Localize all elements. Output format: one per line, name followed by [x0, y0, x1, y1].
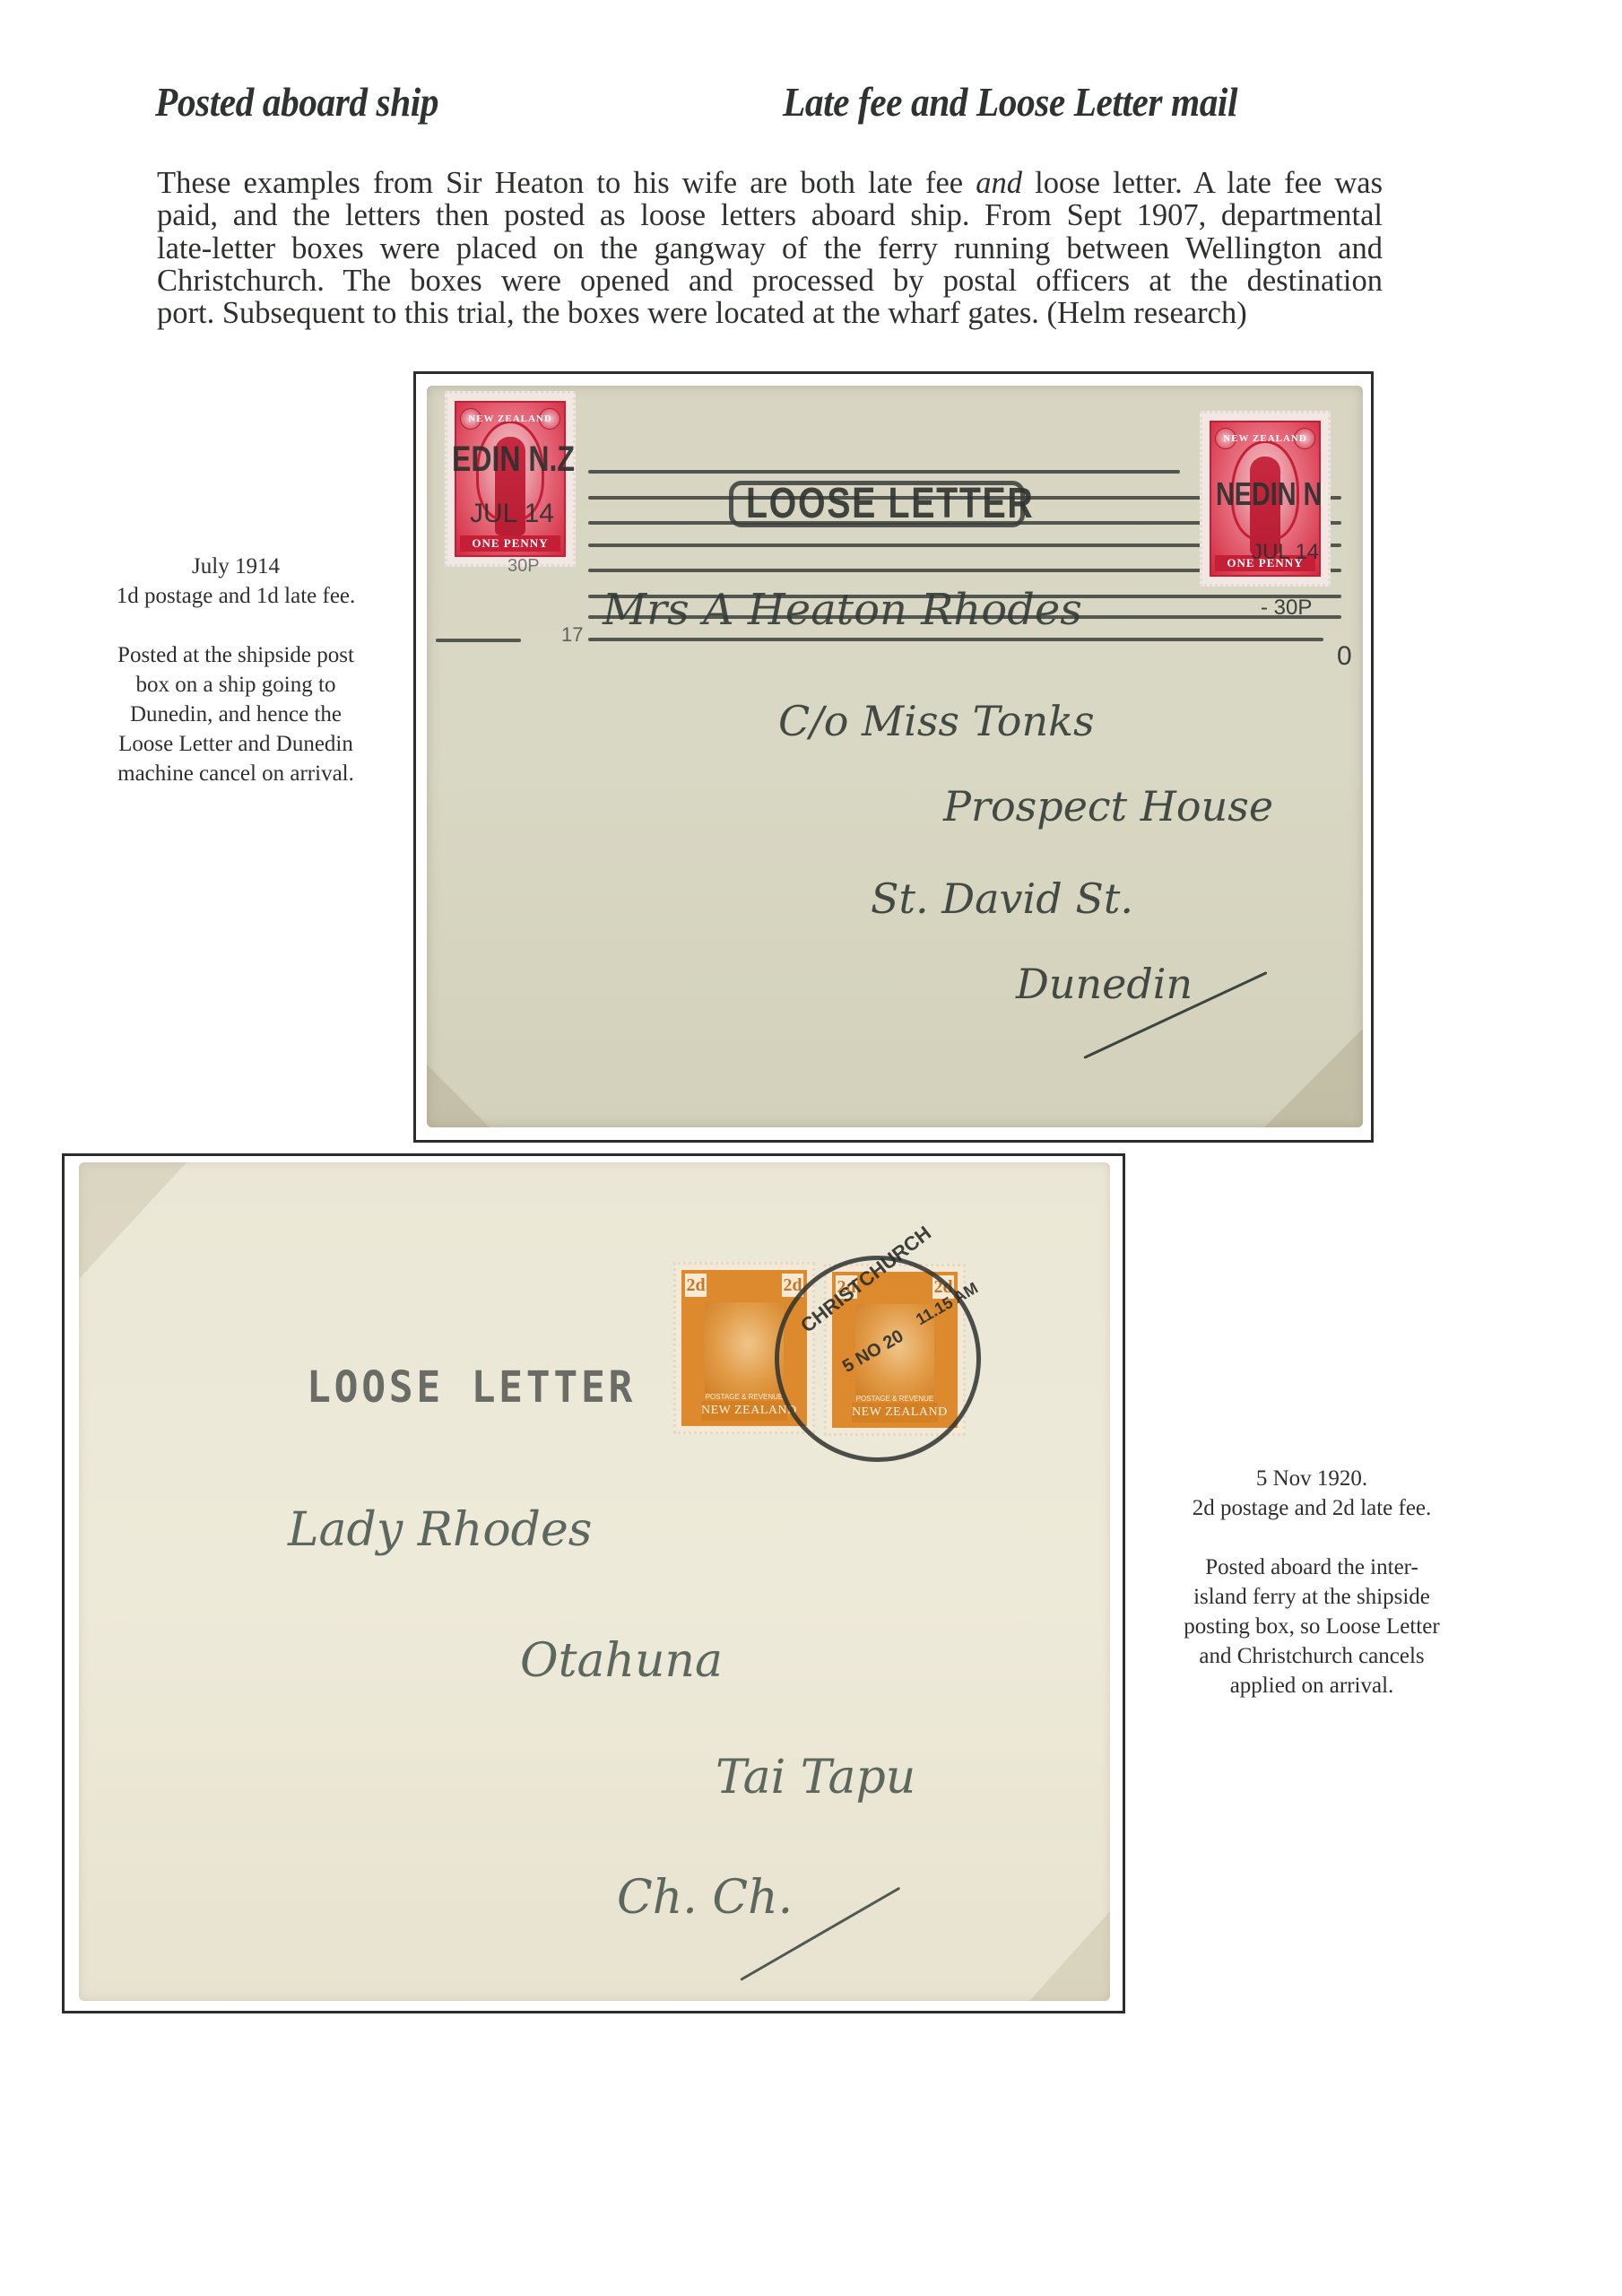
postmark-misc: 17	[561, 623, 583, 647]
cover2-envelope: LOOSE LETTER 2d 2d POSTAGE & REVENUE NEW…	[79, 1162, 1110, 2001]
intro-text: These examples from Sir Heaton to his wi…	[157, 166, 976, 200]
cover1-caption: July 1914 1d postage and 1d late fee. Po…	[83, 552, 388, 788]
postmark-date-left: JUL 14	[470, 499, 554, 529]
loose-letter-handstamp: LOOSE LETTER	[307, 1362, 636, 1413]
intro-emphasis: and	[976, 166, 1022, 200]
address-line: St. David St.	[871, 874, 1133, 923]
stamp-country: NEW ZEALAND	[1211, 433, 1319, 444]
cover2-desc-line: island ferry at the shipside	[1150, 1582, 1473, 1612]
postmark-year-right: 0	[1337, 641, 1352, 672]
stamp-value: ONE PENNY	[460, 535, 560, 552]
intro-line: port. Subsequent to this trial, the boxe…	[157, 297, 1383, 329]
postmark-town-right: NEDIN N	[1216, 475, 1322, 513]
stamp-country: NEW ZEALAND	[456, 413, 564, 424]
cover1-desc-line: Dunedin, and hence the	[83, 700, 388, 729]
address-name: Mrs A Heaton Rhodes	[603, 585, 1082, 635]
cover1-rate: 1d postage and 1d late fee.	[83, 581, 388, 611]
intro-line: Christchurch. The boxes were opened and …	[157, 265, 1383, 297]
cover1-desc-line: Posted at the shipside post	[83, 640, 388, 670]
cover1-envelope: LOOSE LETTER NEW ZEALAND ONE PENNY NEW Z…	[427, 386, 1363, 1127]
cover1-desc-line: machine cancel on arrival.	[83, 759, 388, 788]
intro-paragraph: These examples from Sir Heaton to his wi…	[157, 167, 1383, 329]
postmark-time-right: - 30P	[1261, 596, 1312, 621]
address-line: Otahuna	[520, 1634, 723, 1688]
intro-text: loose letter. A late fee was	[1022, 166, 1383, 200]
cover2-caption: 5 Nov 1920. 2d postage and 2d late fee. …	[1150, 1464, 1473, 1700]
cover2-desc-line: applied on arrival.	[1150, 1671, 1473, 1700]
cover1-frame: LOOSE LETTER NEW ZEALAND ONE PENNY NEW Z…	[413, 371, 1374, 1143]
king-portrait-icon	[705, 1302, 784, 1396]
cover2-desc-line: and Christchurch cancels	[1150, 1641, 1473, 1671]
cover1-desc-line: Loose Letter and Dunedin	[83, 729, 388, 759]
cover2-frame: LOOSE LETTER 2d 2d POSTAGE & REVENUE NEW…	[62, 1153, 1125, 2013]
stamp-subtitle: POSTAGE & REVENUE	[701, 1393, 787, 1401]
postmark-date-right: JUL 14	[1252, 540, 1319, 565]
address-line: Dunedin	[1016, 960, 1193, 1008]
stamp-denomination: 2d	[685, 1274, 707, 1297]
intro-line: These examples from Sir Heaton to his wi…	[157, 167, 1383, 199]
address-line: Prospect House	[943, 782, 1273, 831]
cover1-date: July 1914	[83, 552, 388, 581]
postmark-time-left: 30P	[507, 556, 540, 577]
intro-line: paid, and the letters then posted as loo…	[157, 199, 1383, 231]
page-title-right: Late fee and Loose Letter mail	[783, 79, 1237, 126]
address-line: Tai Tapu	[716, 1751, 915, 1805]
intro-line: late-letter boxes were placed on the gan…	[157, 232, 1383, 265]
cover2-desc-line: Posted aboard the inter-	[1150, 1552, 1473, 1582]
cover2-date: 5 Nov 1920.	[1150, 1464, 1473, 1493]
address-line: C/o Miss Tonks	[778, 697, 1095, 745]
cover1-desc-line: box on a ship going to	[83, 670, 388, 700]
postmark-town-left: EDIN N.Z	[452, 439, 575, 480]
loose-letter-cancel-text: LOOSE LETTER	[746, 481, 1034, 527]
page-title-left: Posted aboard ship	[155, 79, 438, 126]
address-name: Lady Rhodes	[288, 1503, 592, 1557]
cover2-desc-line: posting box, so Loose Letter	[1150, 1612, 1473, 1641]
stamp-country: NEW ZEALAND	[701, 1401, 787, 1421]
cover2-rate: 2d postage and 2d late fee.	[1150, 1493, 1473, 1523]
address-line: Ch. Ch.	[617, 1871, 793, 1925]
